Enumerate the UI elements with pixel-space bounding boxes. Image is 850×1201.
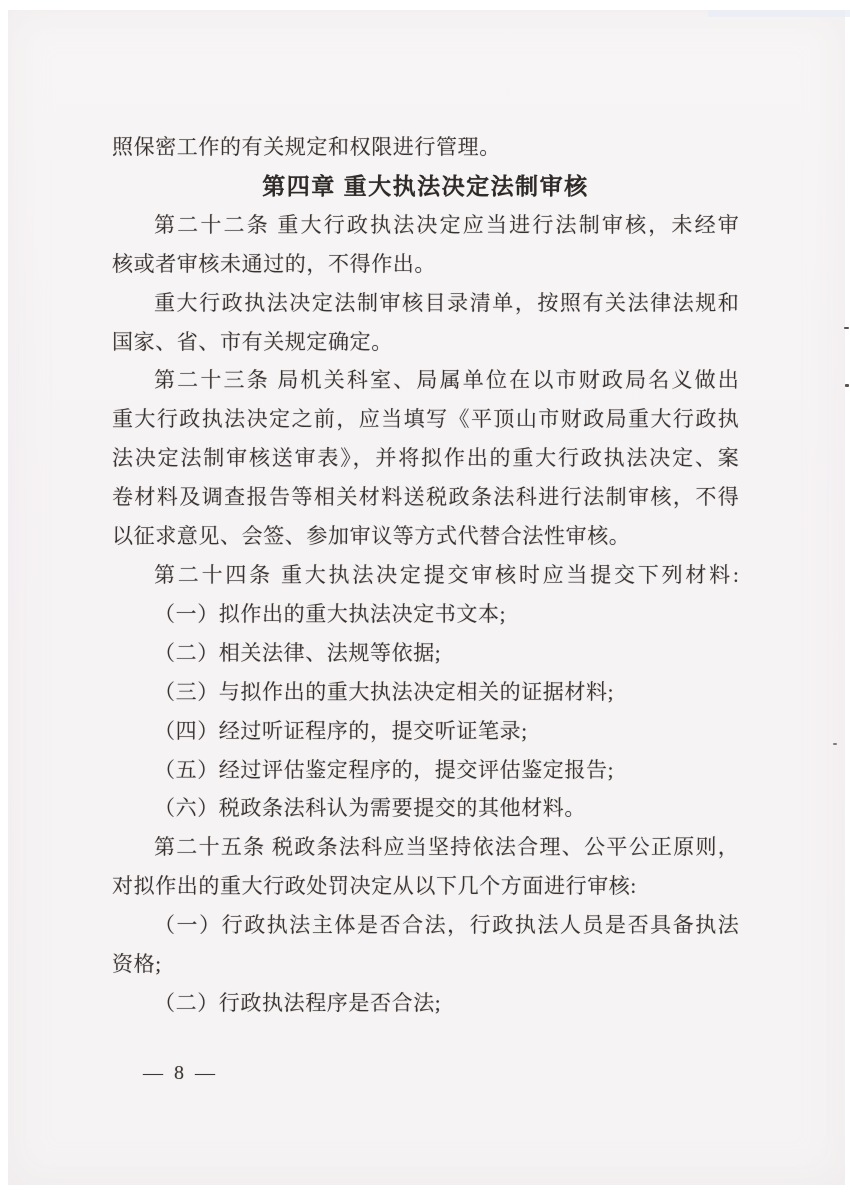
text-line: 对拟作出的重大行政处罚决定从以下几个方面进行审核: (112, 867, 739, 906)
list-item-1: （一）拟作出的重大执法决定书文本; (112, 595, 739, 634)
list-item-3: （三）与拟作出的重大执法决定相关的证据材料; (112, 673, 739, 712)
text-line: 核或者审核未通过的，不得作出。 (112, 245, 739, 284)
article-25-line: 第二十五条 税政条法科应当坚持依法合理、公平公正原则， (112, 828, 739, 867)
text-line: 重大行政执法决定法制审核目录清单，按照有关法律法规和 (112, 284, 739, 323)
scanned-document: 照保密工作的有关规定和权限进行管理。 第四章 重大执法决定法制审核 第二十二条 … (0, 0, 850, 1201)
text-line: 国家、省、市有关规定确定。 (112, 323, 739, 362)
list-item-2: （二）相关法律、法规等依据; (112, 634, 739, 673)
scan-artifact (845, 384, 849, 387)
list-item-2b: （二）行政执法程序是否合法; (112, 984, 739, 1023)
document-page: 照保密工作的有关规定和权限进行管理。 第四章 重大执法决定法制审核 第二十二条 … (8, 10, 845, 1185)
text-line: 以征求意见、会签、参加审议等方式代替合法性审核。 (112, 517, 739, 556)
article-22-line: 第二十二条 重大行政执法决定应当进行法制审核，未经审 (112, 206, 739, 245)
list-item-4: （四）经过听证程序的，提交听证笔录; (112, 712, 739, 751)
chapter-heading: 第四章 重大执法决定法制审核 (112, 167, 739, 206)
article-23-line: 第二十三条 局机关科室、局属单位在以市财政局名义做出 (112, 361, 739, 400)
text-line: 资格; (112, 945, 739, 984)
scan-artifact (833, 743, 837, 745)
document-body: 照保密工作的有关规定和权限进行管理。 第四章 重大执法决定法制审核 第二十二条 … (112, 128, 739, 1023)
scan-edge-tint (708, 10, 850, 17)
list-item-6: （六）税政条法科认为需要提交的其他材料。 (112, 789, 739, 828)
text-line: 法决定法制审核送审表》，并将拟作出的重大行政执法决定、案 (112, 439, 739, 478)
article-24-line: 第二十四条 重大执法决定提交审核时应当提交下列材料: (112, 556, 739, 595)
text-line: 重大行政执法决定之前，应当填写《平顶山市财政局重大行政执 (112, 400, 739, 439)
text-line: 卷材料及调查报告等相关材料送税政条法科进行法制审核，不得 (112, 478, 739, 517)
page-number: — 8 — (143, 1062, 218, 1085)
list-item-5: （五）经过评估鉴定程序的，提交评估鉴定报告; (112, 751, 739, 790)
scan-artifact (844, 327, 849, 329)
paragraph-continuation-line: 照保密工作的有关规定和权限进行管理。 (112, 128, 739, 167)
list-item-1b: （一）行政执法主体是否合法，行政执法人员是否具备执法 (112, 906, 739, 945)
